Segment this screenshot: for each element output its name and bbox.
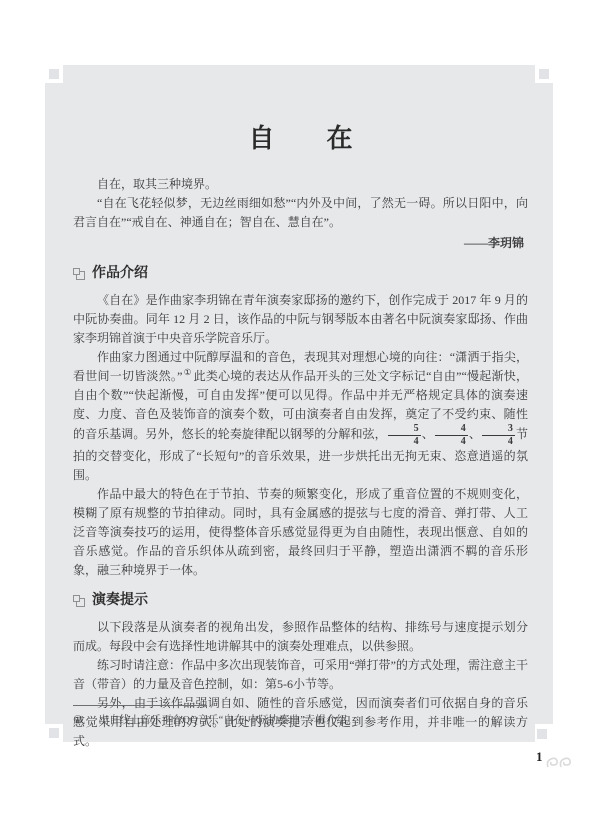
tips-paragraph-2: 练习时请注意：作品中多次出现装饰音，可采用“弹打带”的方式处理，需注意主干音（带… (73, 656, 528, 694)
fraction-denominator: 4 (435, 436, 468, 447)
footnote-area: ①出自线上音乐平台QQ音乐“自在-中阮协奏曲”专辑介绍。 (73, 705, 528, 728)
footnote-marker: ① (73, 715, 82, 726)
time-signature-3-4: 34 (482, 424, 515, 447)
intro-paragraph-1: 自在，取其三种境界。 (73, 175, 528, 194)
fraction-numerator: 4 (435, 424, 468, 436)
section-heading-label: 演奏提示 (92, 591, 148, 611)
footnote-text: 出自线上音乐平台QQ音乐“自在-中阮协奏曲”专辑介绍。 (98, 715, 357, 726)
document-canvas: 自 在 自在，取其三种境界。 “自在飞花轻似梦，无边丝雨细如愁”“内外及中间，了… (0, 0, 600, 813)
page-number-area: 1 (536, 750, 575, 771)
author-attribution: ——李玥锦 (73, 234, 528, 253)
page-content: 自 在 自在，取其三种境界。 “自在飞花轻似梦，无边丝雨细如愁”“内外及中间，了… (45, 65, 553, 742)
book-page: 自 在 自在，取其三种境界。 “自在飞花轻似梦，无边丝雨细如愁”“内外及中间，了… (45, 65, 553, 742)
page-number: 1 (536, 750, 543, 764)
footnote-divider (73, 705, 207, 706)
booklet-icon (73, 595, 85, 607)
tips-paragraph-1: 以下段落是从演奏者的视角出发，参照作品整体的结构、排练号与速度提示划分而成。每段… (73, 618, 528, 656)
section-heading-work-intro: 作品介绍 (73, 264, 528, 284)
footnote-text-line: ①出自线上音乐平台QQ音乐“自在-中阮协奏曲”专辑介绍。 (73, 714, 528, 728)
fraction-denominator: 4 (482, 436, 515, 447)
section-heading-performance-tips: 演奏提示 (73, 591, 528, 611)
time-signature-5-4: 54 (388, 424, 421, 447)
booklet-icon (73, 268, 85, 280)
time-signature-4-4: 44 (435, 424, 468, 447)
fraction-numerator: 5 (388, 424, 421, 436)
work-intro-paragraph-2: 作曲家力图通过中阮醇厚温和的音色，表现其对理想心境的向往：“潇洒于指尖，看世间一… (73, 348, 528, 485)
fraction-denominator: 4 (388, 436, 421, 447)
section-heading-label: 作品介绍 (92, 264, 148, 284)
page-title: 自 在 (73, 123, 528, 155)
work-intro-paragraph-1: 《自在》是作曲家李玥锦在青年演奏家邸扬的邀约下，创作完成于 2017 年 9 月… (73, 291, 528, 348)
footnote-reference: ① (183, 367, 191, 377)
flourish-ornament (545, 755, 575, 771)
work-intro-paragraph-3: 作品中最大的特色在于节拍、节奏的频繁变化，形成了重音位置的不规则变化，模糊了原有… (73, 485, 528, 580)
list-separator: 、 (422, 427, 434, 441)
fraction-numerator: 3 (482, 424, 515, 436)
intro-paragraph-2: “自在飞花轻似梦，无边丝雨细如愁”“内外及中间，了然无一碍。所以日阳中，向君言自… (73, 194, 528, 232)
list-separator: 、 (469, 427, 481, 441)
